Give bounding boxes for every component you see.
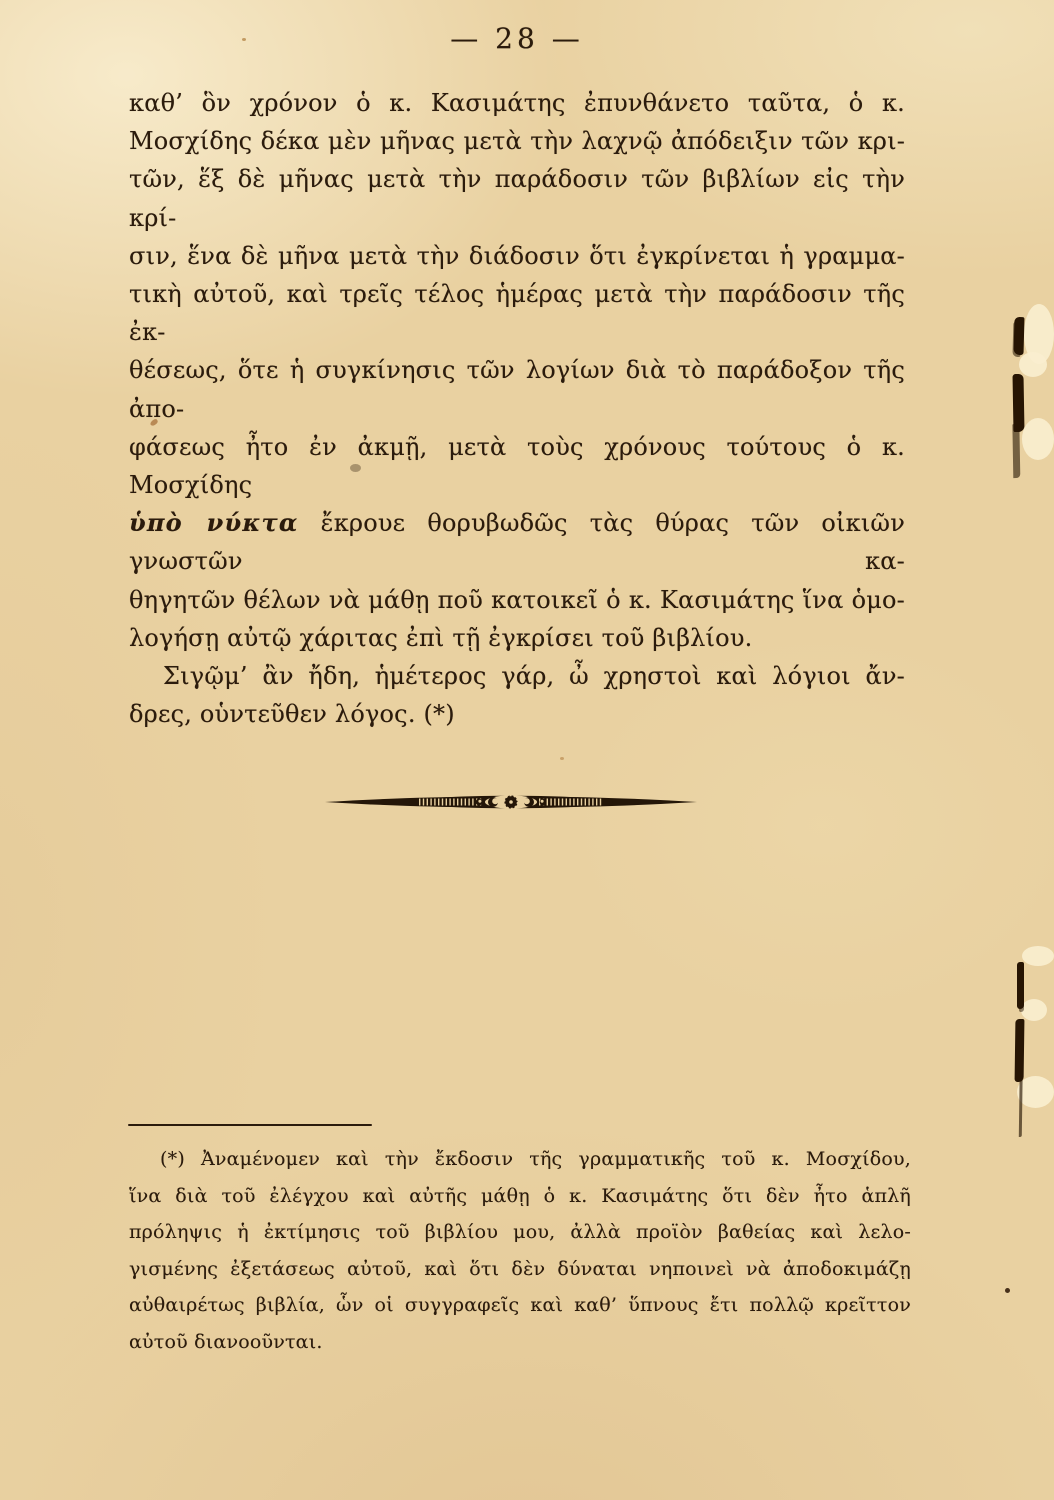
text-line: Σιγῷμ’ ἂν ἤδη, ἡμέτερος γάρ, ὦ χρηστοὶ κ… xyxy=(129,657,905,695)
paper-speck xyxy=(242,38,246,41)
book-page: — 28 — καθ’ ὃν χρόνον ὁ κ. Κασιμάτης ἐπυ… xyxy=(0,0,1054,1500)
paper-patch xyxy=(1022,946,1054,966)
footnote-line: αὐτοῦ διανοοῦνται. xyxy=(129,1324,911,1361)
paper-patch xyxy=(1022,418,1054,460)
text-line: φάσεως ἦτο ἐν ἀκμῇ, μετὰ τοὺς χρόνους το… xyxy=(129,428,905,504)
footnote-rule xyxy=(128,1124,372,1126)
footnote-line: ἵνα διὰ τοῦ ἐλέγχου καὶ αὐτῆς μάθῃ ὁ κ. … xyxy=(129,1178,911,1215)
footnote-block: (*) Ἀναμένομεν καὶ τὴν ἔκδοσιν τῆς γραμμ… xyxy=(129,1141,911,1361)
text-line: ὑπὸ νύκτα ἔκρουε θορυβωδῶς τὰς θύρας τῶν… xyxy=(129,504,905,580)
paper-patch xyxy=(1021,999,1047,1021)
text-line: δρες, οὑντεῦθεν λόγος. (*) xyxy=(129,695,905,733)
text-line: θηγητῶν θέλων νὰ μάθῃ ποῦ κατοικεῖ ὁ κ. … xyxy=(129,581,905,619)
footnote-line: γισμένης ἐξετάσεως αὐτοῦ, καὶ ὅτι δὲν δύ… xyxy=(129,1251,911,1288)
binding-mark xyxy=(1017,962,1024,1009)
binding-mark xyxy=(1012,374,1024,432)
main-text-block: καθ’ ὃν χρόνον ὁ κ. Κασιμάτης ἐπυνθάνετο… xyxy=(129,84,905,733)
binding-mark xyxy=(1014,317,1025,355)
paper-patch xyxy=(1019,352,1047,377)
text-line: θέσεως, ὅτε ἡ συγκίνησις τῶν λογίων διὰ … xyxy=(129,351,905,427)
footnote-line: πρόληψις ἡ ἐκτίμησις τοῦ βιβλίου μου, ἀλ… xyxy=(129,1214,911,1251)
text-line: τῶν, ἕξ δὲ μῆνας μετὰ τὴν παράδοσιν τῶν … xyxy=(129,160,905,236)
paper-patch xyxy=(1017,1076,1054,1108)
binding-mark xyxy=(1015,1019,1025,1082)
text-line: καθ’ ὃν χρόνον ὁ κ. Κασιμάτης ἐπυνθάνετο… xyxy=(129,84,905,122)
paper-speck xyxy=(1005,1288,1010,1293)
footnote-line: (*) Ἀναμένομεν καὶ τὴν ἔκδοσιν τῆς γραμμ… xyxy=(129,1141,911,1178)
text-line: λογήσῃ αὐτῷ χάριτας ἐπὶ τῇ ἐγκρίσει τοῦ … xyxy=(129,619,905,657)
text-line: τικὴ αὐτοῦ, καὶ τρεῖς τέλος ἡμέρας μετὰ … xyxy=(129,275,905,351)
divider-ornament xyxy=(323,792,699,812)
emphasis-text: ὑπὸ νύκτα xyxy=(129,508,299,537)
text-line: σιν, ἕνα δὲ μῆνα μετὰ τὴν διάδοσιν ὅτι ἐ… xyxy=(129,237,905,275)
ink-smudge xyxy=(350,464,361,472)
footnote-line: αὐθαιρέτως βιβλία, ὧν οἱ συγγραφεῖς καὶ … xyxy=(129,1287,911,1324)
text-line: Μοσχίδης δέκα μὲν μῆνας μετὰ τὴν λαχνῷ ἀ… xyxy=(129,122,905,160)
paper-speck xyxy=(560,757,564,760)
